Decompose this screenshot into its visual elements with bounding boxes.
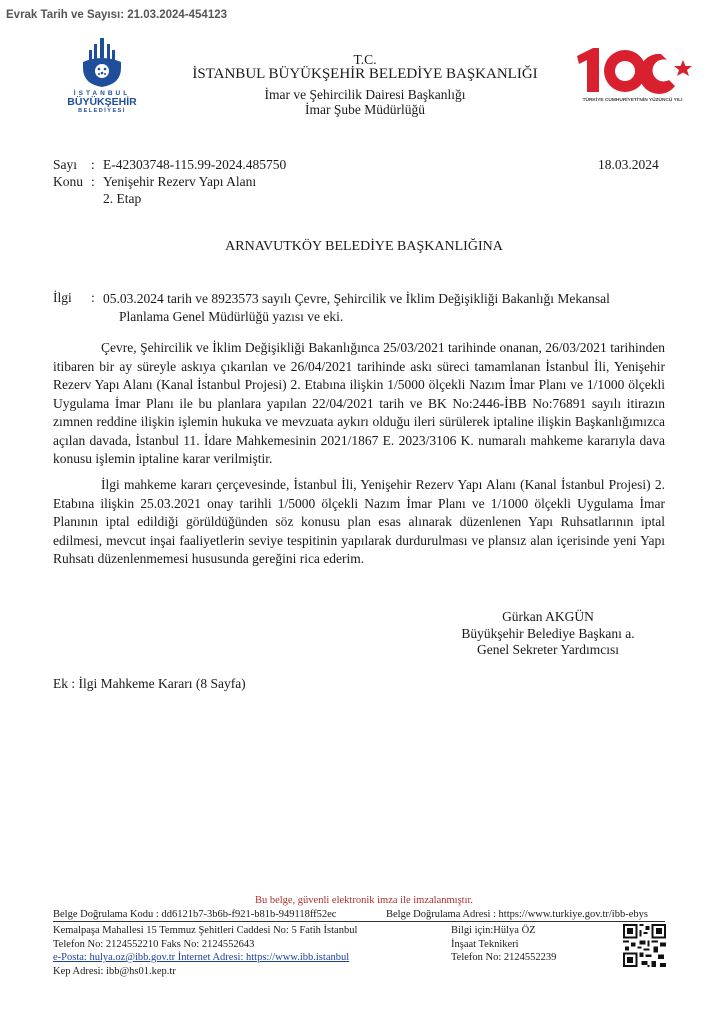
ilgi-line2: Planlama Genel Müdürlüğü yazısı ve eki. <box>103 308 663 326</box>
ilgi-line1: 05.03.2024 tarih ve 8923573 sayılı Çevre… <box>103 290 663 308</box>
ibb-logo-line3: BELEDİYESİ <box>62 108 142 114</box>
verification-code: Belge Doğrulama Kodu : dd6121b7-3b6b-f92… <box>53 909 336 920</box>
header-department: İmar ve Şehircilik Dairesi Başkanlığı <box>150 87 580 103</box>
ilgi-colon: : <box>91 290 95 306</box>
addressee: ARNAVUTKÖY BELEDİYE BAŞKANLIĞINA <box>0 239 728 255</box>
sayi-colon: : <box>91 157 95 173</box>
konu-value-line1: Yenişehir Rezerv Yapı Alanı <box>103 174 256 190</box>
ibb-logo-icon <box>79 38 125 88</box>
footer-kep: Kep Adresi: ibb@hs01.kep.tr <box>53 965 357 979</box>
konu-label: Konu <box>53 174 83 190</box>
centennial-logo-subtitle: TÜRKİYE CUMHURİYETİ'NİN YÜZÜNCÜ YILI <box>575 98 690 103</box>
header-branch: İmar Şube Müdürlüğü <box>150 102 580 118</box>
signatory-title-1: Büyükşehir Belediye Başkanı a. <box>430 626 666 643</box>
header-institution: İSTANBUL BÜYÜKŞEHİR BELEDİYE BAŞKANLIĞI <box>150 66 580 83</box>
ilgi-label: İlgi <box>53 290 72 306</box>
signatory-title-2: Genel Sekreter Yardımcısı <box>430 642 666 659</box>
footer-address: Kemalpaşa Mahallesi 15 Temmuz Şehitleri … <box>53 924 357 938</box>
footer-email-web-link[interactable]: e-Posta: hulya.oz@ibb.gov.tr İnternet Ad… <box>53 951 357 965</box>
body-paragraph-2: İlgi mahkeme kararı çerçevesinde, İstanb… <box>53 476 665 569</box>
signature-block: Gürkan AKGÜN Büyükşehir Belediye Başkanı… <box>430 609 666 659</box>
100-year-logo-icon <box>575 44 697 96</box>
qr-code-icon <box>623 924 666 967</box>
info-contact: Bilgi için:Hülya ÖZ <box>451 924 556 938</box>
signatory-name: Gürkan AKGÜN <box>430 609 666 626</box>
footer-contact: Kemalpaşa Mahallesi 15 Temmuz Şehitleri … <box>53 924 357 978</box>
info-title: İnşaat Teknikeri <box>451 938 556 952</box>
ibb-logo: İSTANBUL BÜYÜKŞEHİR BELEDİYESİ <box>62 38 142 123</box>
ilgi-reference: 05.03.2024 tarih ve 8923573 sayılı Çevre… <box>103 290 663 326</box>
esign-note: Bu belge, güvenli elektronik imza ile im… <box>0 895 728 906</box>
centennial-logo: TÜRKİYE CUMHURİYETİ'NİN YÜZÜNCÜ YILI <box>575 44 697 110</box>
konu-colon: : <box>91 174 95 190</box>
footer-info: Bilgi için:Hülya ÖZ İnşaat Teknikeri Tel… <box>451 924 556 965</box>
document-date-stamp: Evrak Tarih ve Sayısı: 21.03.2024-454123 <box>6 9 227 21</box>
verification-address[interactable]: Belge Doğrulama Adresi : https://www.tur… <box>386 909 648 920</box>
info-phone: Telefon No: 2124552239 <box>451 951 556 965</box>
document-date: 18.03.2024 <box>598 157 659 173</box>
sayi-value: E-42303748-115.99-2024.485750 <box>103 157 286 173</box>
attachment-note: Ek : İlgi Mahkeme Kararı (8 Sayfa) <box>53 676 246 692</box>
verification-row: Belge Doğrulama Kodu : dd6121b7-3b6b-f92… <box>53 909 665 922</box>
footer-phone-fax: Telefon No: 2124552210 Faks No: 21245526… <box>53 938 357 952</box>
ibb-logo-line2: BÜYÜKŞEHİR <box>62 97 142 108</box>
sayi-label: Sayı <box>53 157 77 173</box>
body-paragraph-1: Çevre, Şehircilik ve İklim Değişikliği B… <box>53 339 665 469</box>
konu-value-line2: 2. Etap <box>103 191 141 207</box>
